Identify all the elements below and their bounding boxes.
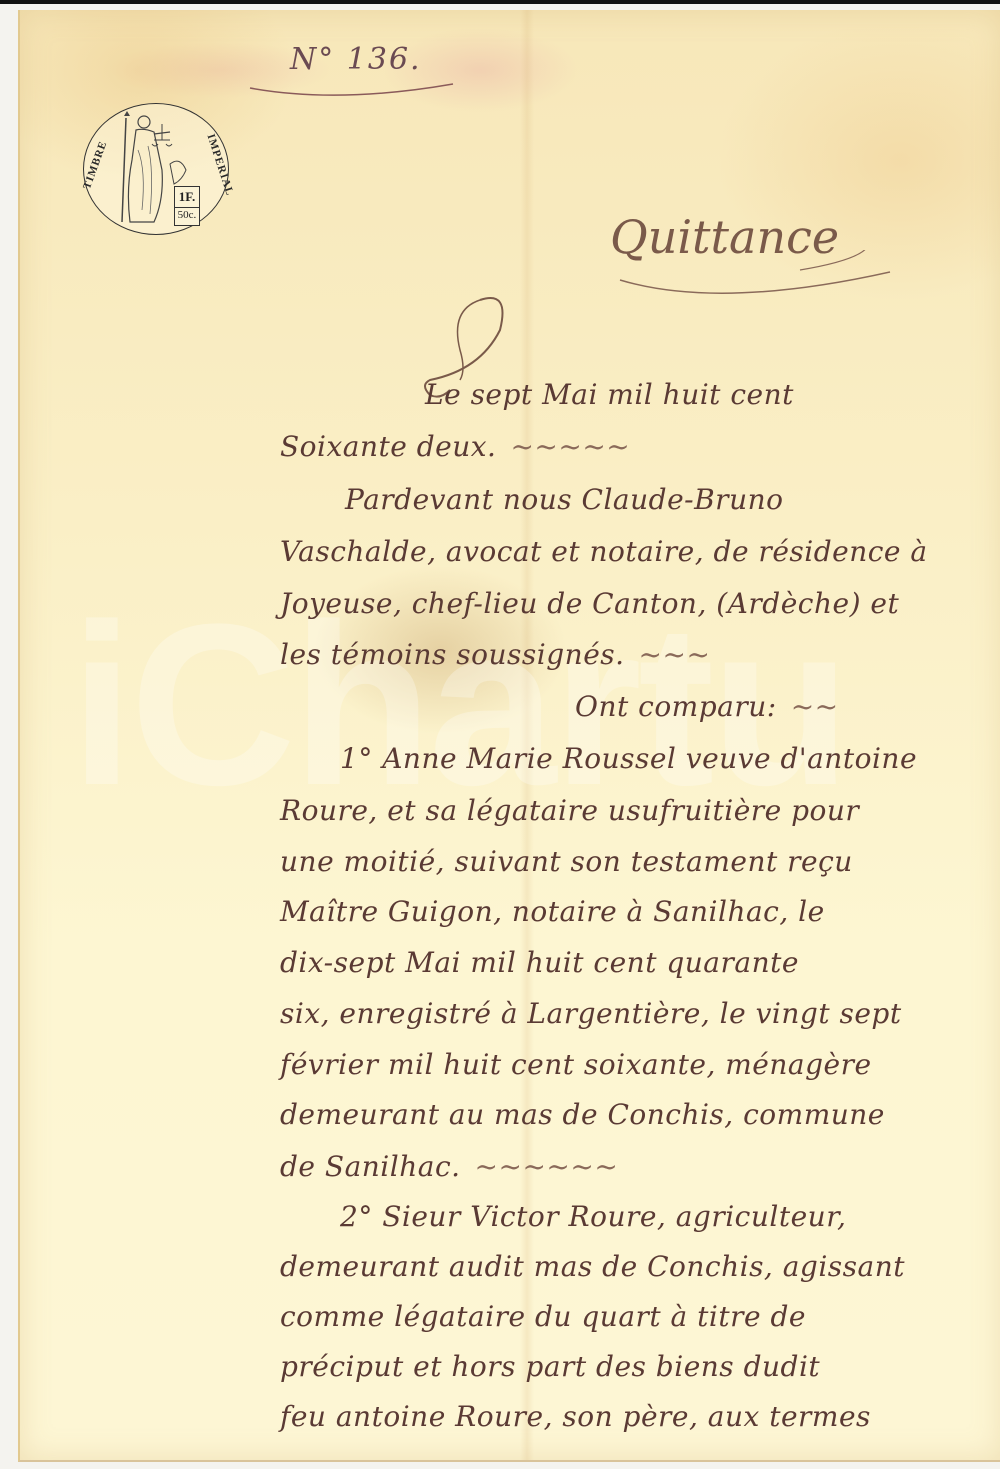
- text-line: de Sanilhac.~~~~~~: [280, 1150, 618, 1183]
- text-line: Vaschalde, avocat et notaire, de résiden…: [280, 535, 928, 568]
- text-line: février mil huit cent soixante, ménagère: [280, 1048, 872, 1081]
- text-line: préciput et hors part des biens dudit: [280, 1350, 820, 1383]
- text-line: les témoins soussignés.~~~: [280, 638, 710, 671]
- stamp-value-francs: 1F.: [175, 190, 199, 203]
- text-line: une moitié, suivant son testament reçu: [280, 845, 853, 878]
- text-line: Joyeuse, chef-lieu de Canton, (Ardèche) …: [280, 587, 899, 620]
- text-line: Soixante deux.~~~~~: [280, 430, 630, 463]
- text-line: demeurant audit mas de Conchis, agissant: [280, 1250, 905, 1283]
- text-line: Maître Guigon, notaire à Sanilhac, le: [280, 895, 825, 928]
- number-underline-flourish: [248, 82, 458, 102]
- text-line: six, enregistré à Largentière, le vingt …: [280, 997, 902, 1030]
- title-underline-flourish: [600, 250, 900, 310]
- text-line: dix-sept Mai mil huit cent quarante: [280, 946, 799, 979]
- text-line: Le sept Mai mil huit cent: [425, 378, 794, 411]
- stamp-value-centimes: 50c.: [175, 207, 199, 221]
- scan-top-edge: [0, 0, 1000, 4]
- text-line: Roure, et sa légataire usufruitière pour: [280, 794, 859, 827]
- text-line: feu antoine Roure, son père, aux termes: [280, 1400, 871, 1433]
- text-line: Ont comparu:~~: [575, 690, 839, 723]
- stamp-value-box: 1F. 50c.: [174, 186, 200, 226]
- timbre-imperial-stamp: TIMBRE IMPERIAL 1F. 50c.: [83, 103, 229, 235]
- text-line: demeurant au mas de Conchis, commune: [280, 1098, 885, 1131]
- text-line: Pardevant nous Claude-Bruno: [345, 483, 784, 516]
- text-line: 1° Anne Marie Roussel veuve d'antoine: [340, 742, 917, 775]
- text-line: comme légataire du quart à titre de: [280, 1300, 806, 1333]
- text-line: 2° Sieur Victor Roure, agriculteur,: [340, 1200, 846, 1233]
- document-number: N° 136.: [290, 42, 422, 77]
